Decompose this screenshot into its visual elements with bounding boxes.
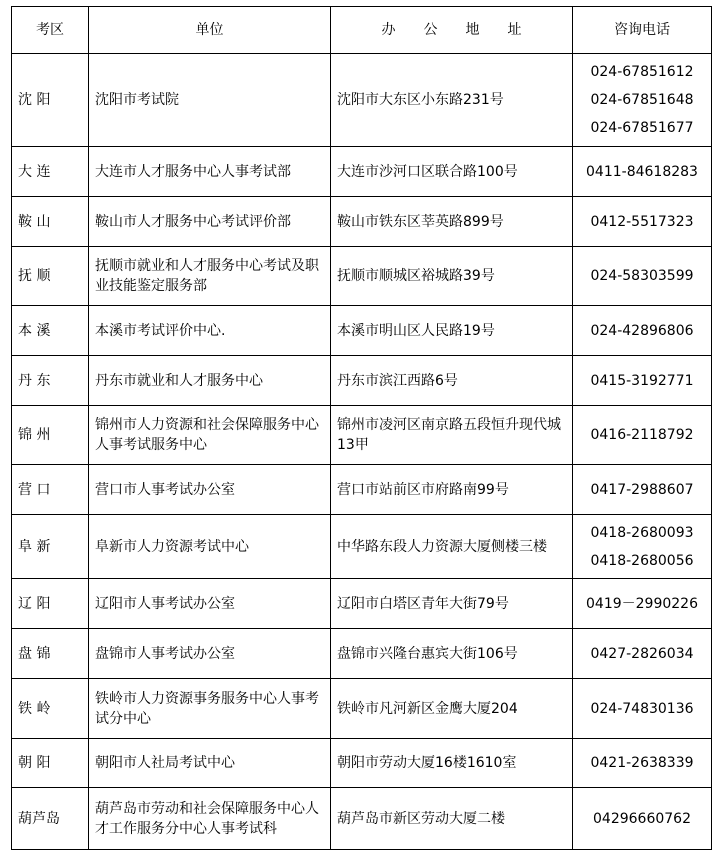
region-cell: 葫芦岛 <box>12 788 89 850</box>
phone-number: 0418-2680056 <box>579 547 705 575</box>
phone-number: 0412-5517323 <box>579 208 705 236</box>
phone-cell: 0412-5517323 <box>573 197 712 247</box>
address-cell: 锦州市凌河区南京路五段恒升现代城13甲 <box>331 406 573 465</box>
phone-number: 024-58303599 <box>579 262 705 290</box>
phone-cell: 0418-26800930418-2680056 <box>573 515 712 579</box>
phone-number: 0427-2826034 <box>579 640 705 668</box>
phone-cell: 0415-3192771 <box>573 356 712 406</box>
address-cell: 大连市沙河口区联合路100号 <box>331 147 573 197</box>
exam-office-contact-table: 考区 单位 办 公 地 址 咨询电话 沈 阳沈阳市考试院沈阳市大东区小东路231… <box>11 6 712 850</box>
unit-cell: 铁岭市人力资源事务服务中心人事考试分中心 <box>89 679 331 739</box>
table-row: 锦 州锦州市人力资源和社会保障服务中心人事考试服务中心锦州市凌河区南京路五段恒升… <box>12 406 712 465</box>
phone-number: 024-67851677 <box>579 114 705 142</box>
unit-cell: 营口市人事考试办公室 <box>89 465 331 515</box>
phone-cell: 04296660762 <box>573 788 712 850</box>
table-row: 阜 新阜新市人力资源考试中心中华路东段人力资源大厦侧楼三楼0418-268009… <box>12 515 712 579</box>
phone-cell: 0419－2990226 <box>573 579 712 629</box>
table-row: 朝 阳朝阳市人社局考试中心朝阳市劳动大厦16楼1610室0421-2638339 <box>12 739 712 788</box>
header-address: 办 公 地 址 <box>331 7 573 54</box>
address-cell: 朝阳市劳动大厦16楼1610室 <box>331 739 573 788</box>
phone-number: 0418-2680093 <box>579 519 705 547</box>
phone-cell: 024-74830136 <box>573 679 712 739</box>
phone-number: 024-67851612 <box>579 58 705 86</box>
phone-cell: 0411-84618283 <box>573 147 712 197</box>
header-row: 考区 单位 办 公 地 址 咨询电话 <box>12 7 712 54</box>
phone-cell: 024-42896806 <box>573 306 712 356</box>
phone-number: 0415-3192771 <box>579 367 705 395</box>
phone-number: 024-67851648 <box>579 86 705 114</box>
unit-cell: 本溪市考试评价中心. <box>89 306 331 356</box>
unit-cell: 阜新市人力资源考试中心 <box>89 515 331 579</box>
table-row: 辽 阳辽阳市人事考试办公室辽阳市白塔区青年大街79号0419－2990226 <box>12 579 712 629</box>
phone-cell: 0416-2118792 <box>573 406 712 465</box>
table-row: 铁 岭铁岭市人力资源事务服务中心人事考试分中心铁岭市凡河新区金鹰大厦204024… <box>12 679 712 739</box>
phone-cell: 0427-2826034 <box>573 629 712 679</box>
header-phone: 咨询电话 <box>573 7 712 54</box>
address-cell: 中华路东段人力资源大厦侧楼三楼 <box>331 515 573 579</box>
phone-cell: 0421-2638339 <box>573 739 712 788</box>
phone-number: 04296660762 <box>579 805 705 833</box>
region-cell: 营 口 <box>12 465 89 515</box>
table-row: 丹 东丹东市就业和人才服务中心丹东市滨江西路6号0415-3192771 <box>12 356 712 406</box>
table-row: 本 溪本溪市考试评价中心.本溪市明山区人民路19号024-42896806 <box>12 306 712 356</box>
header-region: 考区 <box>12 7 89 54</box>
region-cell: 盘 锦 <box>12 629 89 679</box>
table-row: 营 口营口市人事考试办公室营口市站前区市府路南99号0417-2988607 <box>12 465 712 515</box>
address-cell: 抚顺市顺城区裕城路39号 <box>331 247 573 306</box>
address-cell: 盘锦市兴隆台惠宾大街106号 <box>331 629 573 679</box>
unit-cell: 沈阳市考试院 <box>89 54 331 147</box>
address-cell: 沈阳市大东区小东路231号 <box>331 54 573 147</box>
phone-cell: 0417-2988607 <box>573 465 712 515</box>
phone-cell: 024-58303599 <box>573 247 712 306</box>
unit-cell: 锦州市人力资源和社会保障服务中心人事考试服务中心 <box>89 406 331 465</box>
phone-number: 0421-2638339 <box>579 749 705 777</box>
phone-cell: 024-67851612024-67851648024-67851677 <box>573 54 712 147</box>
region-cell: 本 溪 <box>12 306 89 356</box>
region-cell: 沈 阳 <box>12 54 89 147</box>
unit-cell: 大连市人才服务中心人事考试部 <box>89 147 331 197</box>
table-row: 大 连大连市人才服务中心人事考试部大连市沙河口区联合路100号0411-8461… <box>12 147 712 197</box>
address-cell: 营口市站前区市府路南99号 <box>331 465 573 515</box>
unit-cell: 朝阳市人社局考试中心 <box>89 739 331 788</box>
region-cell: 丹 东 <box>12 356 89 406</box>
region-cell: 抚 顺 <box>12 247 89 306</box>
unit-cell: 鞍山市人才服务中心考试评价部 <box>89 197 331 247</box>
region-cell: 朝 阳 <box>12 739 89 788</box>
phone-number: 0419－2990226 <box>579 590 705 618</box>
phone-number: 0416-2118792 <box>579 421 705 449</box>
phone-number: 024-42896806 <box>579 317 705 345</box>
header-unit: 单位 <box>89 7 331 54</box>
region-cell: 铁 岭 <box>12 679 89 739</box>
unit-cell: 抚顺市就业和人才服务中心考试及职业技能鉴定服务部 <box>89 247 331 306</box>
table-row: 鞍 山鞍山市人才服务中心考试评价部鞍山市铁东区莘英路899号0412-55173… <box>12 197 712 247</box>
address-cell: 辽阳市白塔区青年大街79号 <box>331 579 573 629</box>
table-row: 沈 阳沈阳市考试院沈阳市大东区小东路231号024-67851612024-67… <box>12 54 712 147</box>
unit-cell: 葫芦岛市劳动和社会保障服务中心人才工作服务分中心人事考试科 <box>89 788 331 850</box>
unit-cell: 盘锦市人事考试办公室 <box>89 629 331 679</box>
region-cell: 辽 阳 <box>12 579 89 629</box>
address-cell: 本溪市明山区人民路19号 <box>331 306 573 356</box>
region-cell: 大 连 <box>12 147 89 197</box>
address-cell: 铁岭市凡河新区金鹰大厦204 <box>331 679 573 739</box>
unit-cell: 丹东市就业和人才服务中心 <box>89 356 331 406</box>
phone-number: 0417-2988607 <box>579 476 705 504</box>
address-cell: 丹东市滨江西路6号 <box>331 356 573 406</box>
table-row: 抚 顺抚顺市就业和人才服务中心考试及职业技能鉴定服务部抚顺市顺城区裕城路39号0… <box>12 247 712 306</box>
region-cell: 锦 州 <box>12 406 89 465</box>
phone-number: 0411-84618283 <box>579 158 705 186</box>
region-cell: 阜 新 <box>12 515 89 579</box>
table-row: 葫芦岛葫芦岛市劳动和社会保障服务中心人才工作服务分中心人事考试科葫芦岛市新区劳动… <box>12 788 712 850</box>
region-cell: 鞍 山 <box>12 197 89 247</box>
address-cell: 葫芦岛市新区劳动大厦二楼 <box>331 788 573 850</box>
phone-number: 024-74830136 <box>579 695 705 723</box>
table-row: 盘 锦盘锦市人事考试办公室盘锦市兴隆台惠宾大街106号0427-2826034 <box>12 629 712 679</box>
unit-cell: 辽阳市人事考试办公室 <box>89 579 331 629</box>
address-cell: 鞍山市铁东区莘英路899号 <box>331 197 573 247</box>
